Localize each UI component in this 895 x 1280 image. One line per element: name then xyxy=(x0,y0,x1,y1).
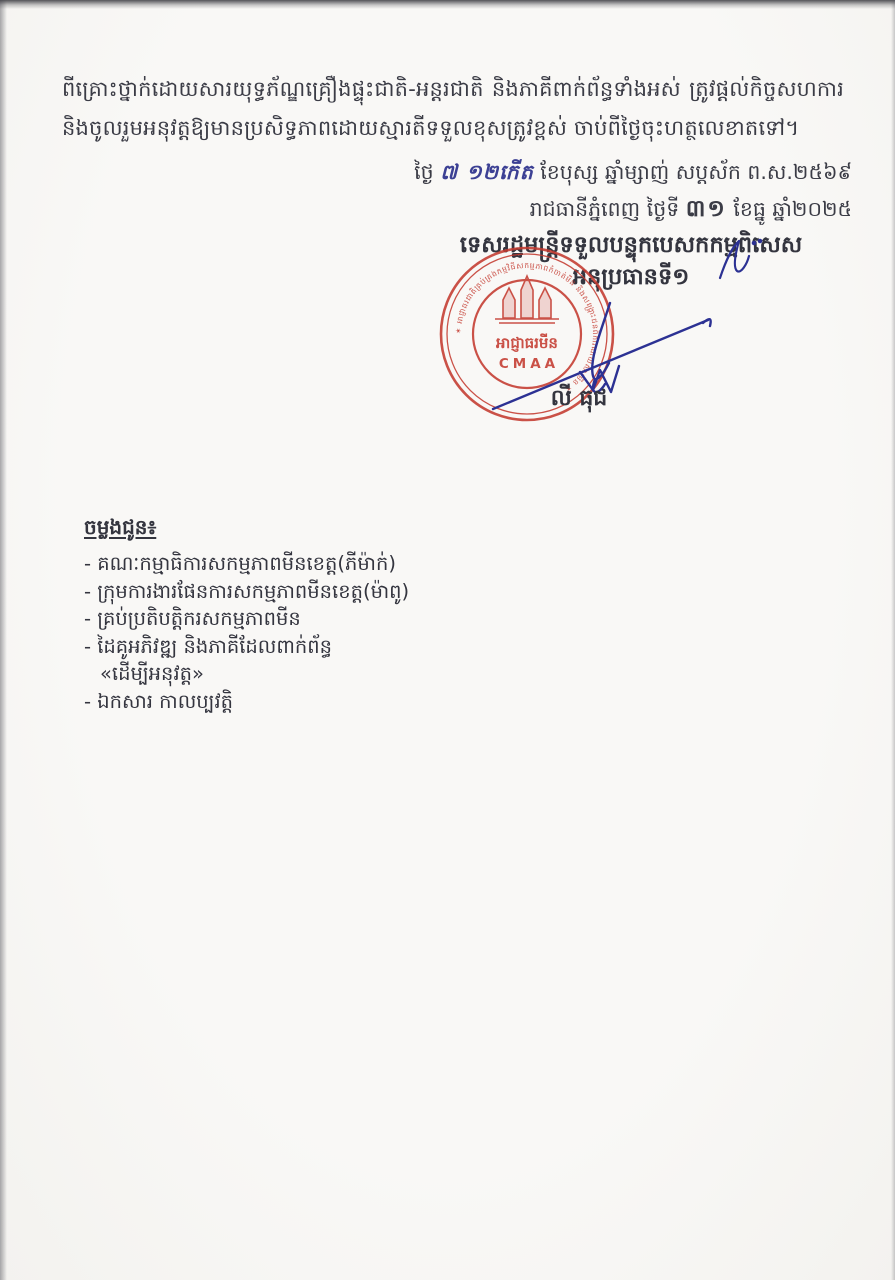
signer-name: លី ធុជ xyxy=(495,384,663,416)
gregorian-date-rest: ខែធ្នូ ឆ្នាំ២០២៥ xyxy=(733,197,852,221)
lunar-date-prefix: ថ្ងៃ xyxy=(414,160,434,184)
gregorian-date-prefix: រាជធានីភ្នំពេញ ថ្ងៃទី xyxy=(530,197,686,221)
cc-item: - ដៃគូអភិវឌ្ឍ និងភាគីដែលពាក់ព័ន្ធ xyxy=(84,633,504,661)
cc-item: - គ្រប់ប្រតិបត្តិករសកម្មភាពមីន xyxy=(84,605,504,633)
scan-edge-right xyxy=(891,0,895,1280)
cc-item: - ក្រុមការងារផែនការសកម្មភាពមីនខេត្ត(ម៉ាព… xyxy=(84,578,504,606)
lunar-date-line: ថ្ងៃ ៧ ១២កើត ខែបុស្ស ឆ្នាំម្សាញ់ សប្តស័ក… xyxy=(352,154,852,191)
cc-item: - ឯកសារ កាលប្បវត្តិ xyxy=(84,688,504,716)
gregorian-date-day: ៣១ xyxy=(686,196,727,222)
date-block: ថ្ងៃ ៧ ១២កើត ខែបុស្ស ឆ្នាំម្សាញ់ សប្តស័ក… xyxy=(352,154,852,228)
lunar-date-handwritten-day: ៧ ១២កើត xyxy=(440,160,534,184)
scan-edge-top xyxy=(0,0,895,9)
scan-edge-left xyxy=(0,0,7,1280)
cc-header: ចម្លងជូន៖ xyxy=(84,514,504,544)
cc-block: ចម្លងជូន៖ - គណៈកម្មាធិការសកម្មភាពមីនខេត្… xyxy=(84,514,504,715)
gregorian-date-line: រាជធានីភ្នំពេញ ថ្ងៃទី ៣១ ខែធ្នូ ឆ្នាំ២០២… xyxy=(352,191,852,228)
cc-item: - គណៈកម្មាធិការសកម្មភាពមីនខេត្ត(ភីម៉ាក់) xyxy=(84,550,504,578)
lunar-date-rest: ខែបុស្ស ឆ្នាំម្សាញ់ សប្តស័ក ព.ស.២៥៦៩ xyxy=(540,160,852,184)
cc-item-note: «ដើម្បីអនុវត្ត» xyxy=(84,660,504,688)
scanned-document-page: ពីគ្រោះថ្នាក់ដោយសារយុទ្ធភ័ណ្ឌគ្រឿងផ្ទុះជ… xyxy=(0,0,895,1280)
body-paragraph: ពីគ្រោះថ្នាក់ដោយសារយុទ្ធភ័ណ្ឌគ្រឿងផ្ទុះជ… xyxy=(62,70,844,148)
handwritten-initial-icon xyxy=(712,236,772,284)
